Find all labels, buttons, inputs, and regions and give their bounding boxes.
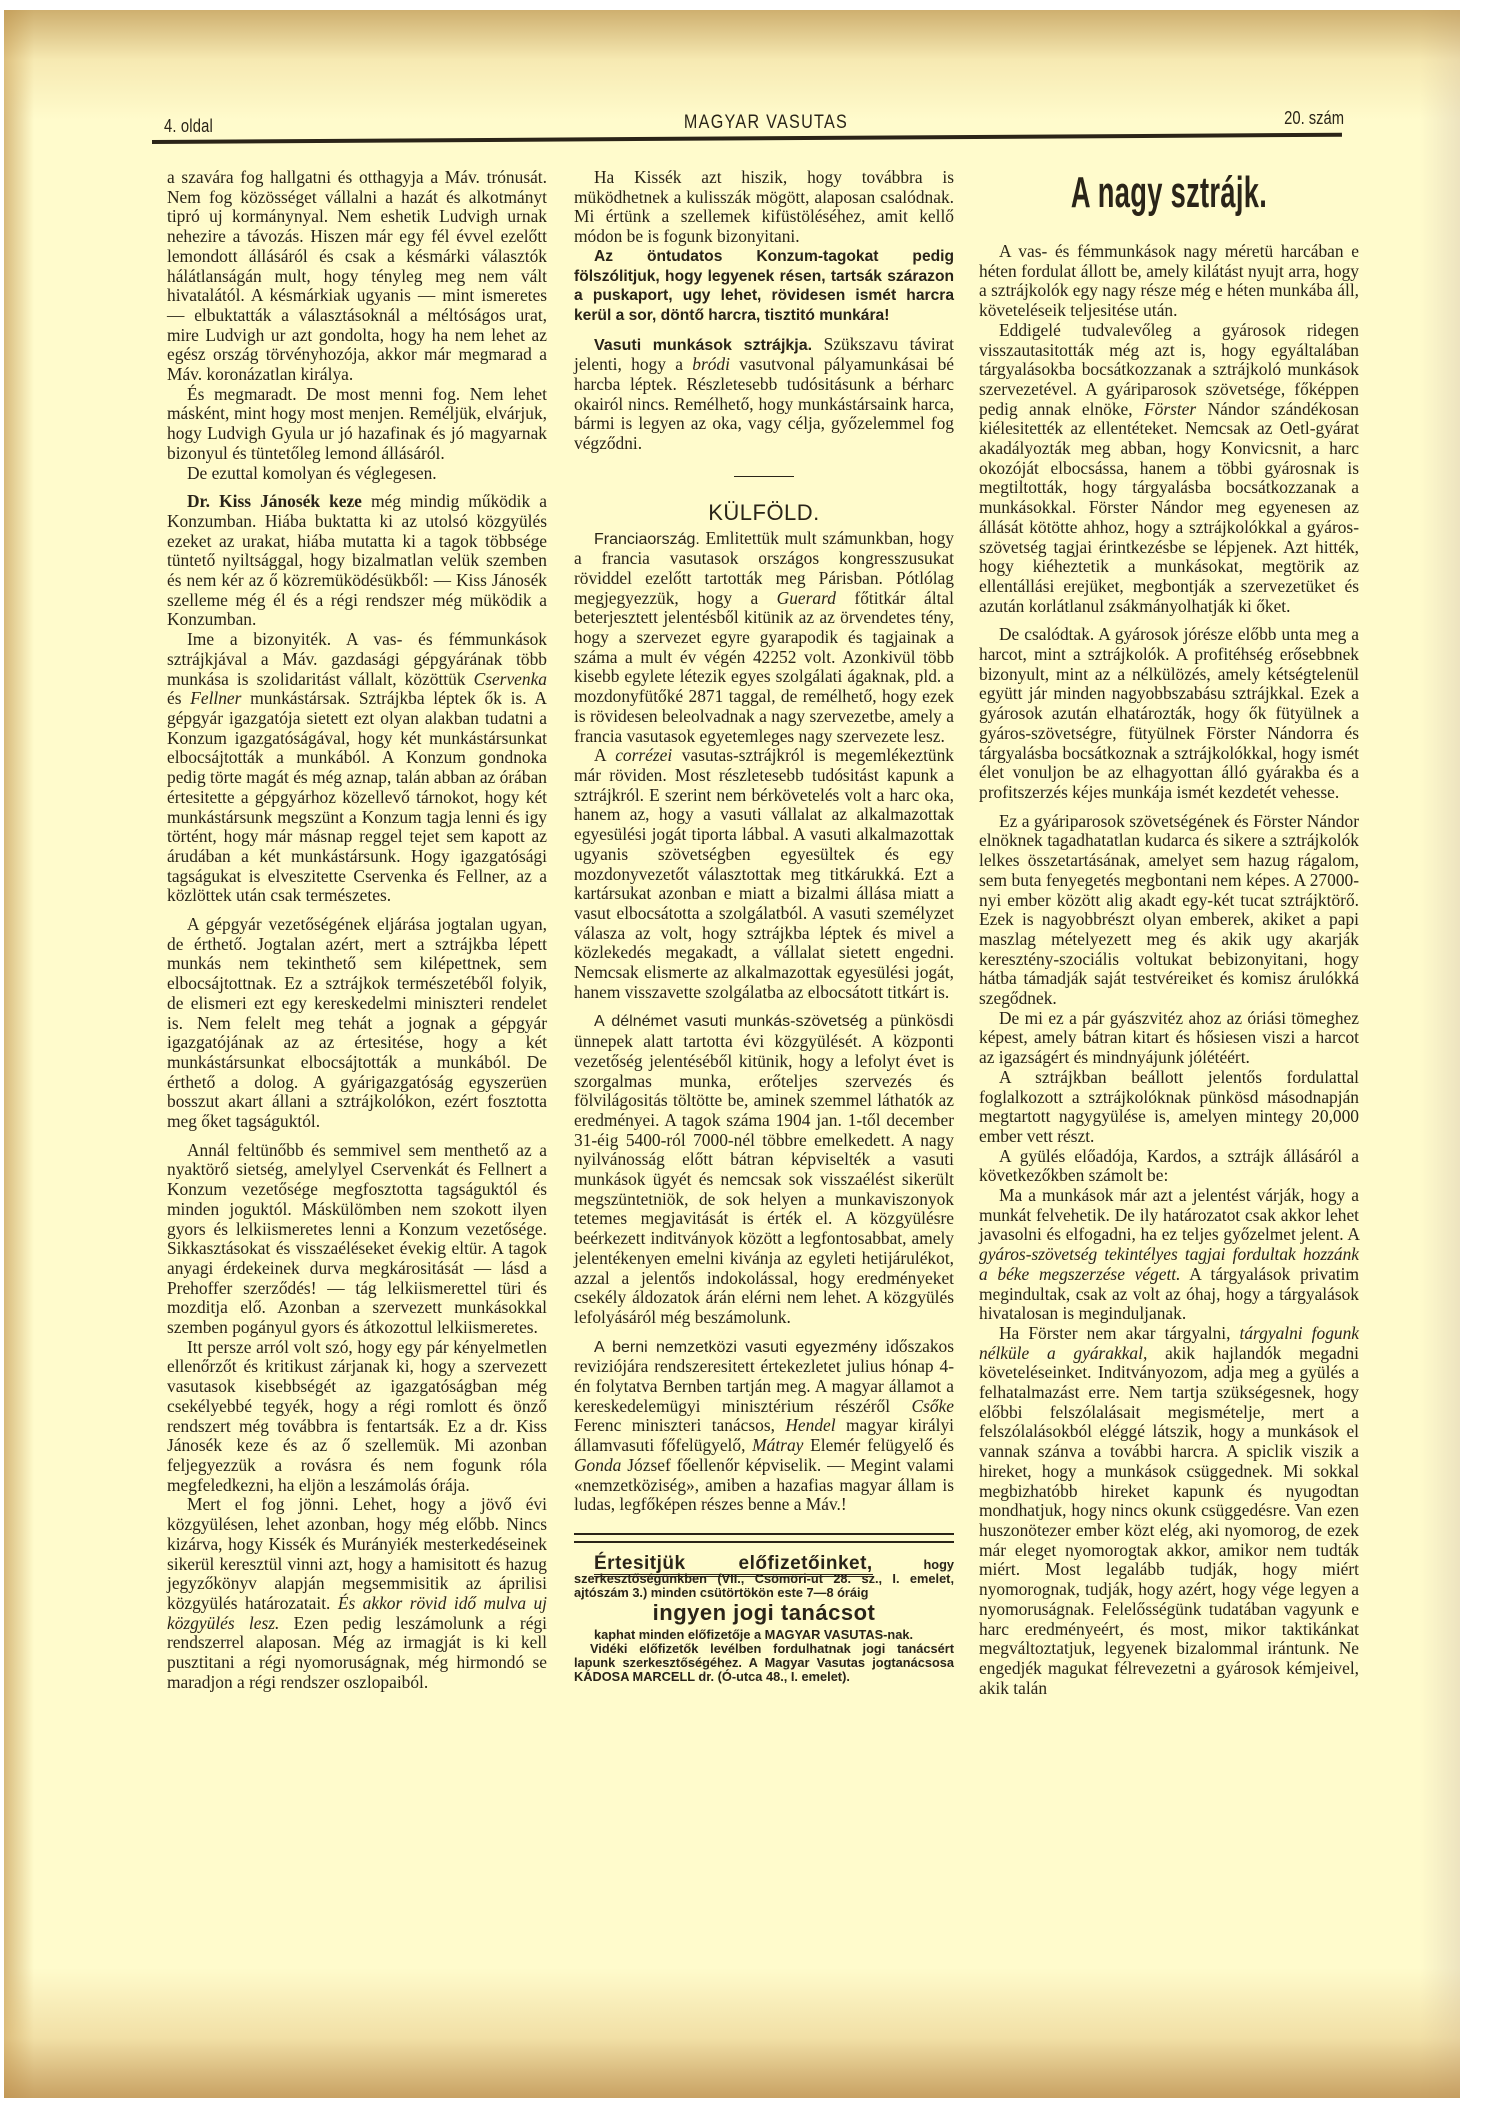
paragraph: Ma a munkások már azt a jelentést várják… <box>979 1186 1359 1324</box>
column-2: Ha Kissék azt hiszik, hogy továbbra is m… <box>574 168 954 1684</box>
paragraph: A gépgyár vezetőségének eljárása jogtala… <box>167 915 547 1132</box>
paragraph: De mi ez a pár gyászvitéz ahoz az óriási… <box>979 1009 1359 1068</box>
headline-big-strike: A nagy sztrájk. <box>1051 168 1287 218</box>
paragraph: A sztrájkban beállott jelentős fordulatt… <box>979 1068 1359 1147</box>
article-south-german: A délnémet vasuti munkás-szövetség a pün… <box>574 1011 954 1327</box>
article-lead: Vasuti munkások sztrájkja. <box>594 337 812 354</box>
paragraph: A gyülés előadója, Kardos, a sztrájk áll… <box>979 1147 1359 1186</box>
section-heading-kulfold: KÜLFÖLD. <box>574 503 954 523</box>
paragraph: De csalódtak. A gyárosok jórésze előbb u… <box>979 625 1359 802</box>
notice-text: Vidéki előfizetők levélben fordulhatnak … <box>574 1642 954 1684</box>
article-bern: A berni nemzetközi vasuti egyezmény idős… <box>574 1337 954 1515</box>
column-1: a szavára fog hallgatni és otthagyja a M… <box>167 168 547 1692</box>
article-france: Franciaország. Emlitettük mult számunkba… <box>574 529 954 747</box>
paragraph: A vas- és fémmunkások nagy méretü harcáb… <box>979 242 1359 321</box>
paragraph: Ha Förster nem akar tárgyalni, tárgyalni… <box>979 1324 1359 1698</box>
article-lead: Dr. Kiss Jánosék keze <box>187 491 362 511</box>
newspaper-page: 4. oldal MAGYAR VASUTAS 20. szám a szavá… <box>4 10 1460 2098</box>
issue-number: 20. szám <box>1284 108 1344 129</box>
paragraph: Itt persze arról volt szó, hogy egy pár … <box>167 1338 547 1496</box>
page-number: 4. oldal <box>164 116 213 137</box>
legal-advice-notice: Értesitjük előfizetőinket, hogy szerkesz… <box>574 1557 954 1684</box>
paragraph: Eddigelé tudvalevőleg a gyárosok ridegen… <box>979 321 1359 617</box>
call-to-action: Az öntudatos Konzum-tagokat pedig fölszó… <box>574 247 954 326</box>
paragraph: Ez a gyáriparosok szövetségének és Först… <box>979 812 1359 1009</box>
paragraph: Ime a bizonyiték. A vas- és fémmunkások … <box>167 630 547 906</box>
notice-text: kaphat minden előfizetője a MAGYAR VASUT… <box>574 1628 954 1642</box>
section-divider <box>734 476 794 477</box>
paragraph: a szavára fog hallgatni és otthagyja a M… <box>167 168 547 385</box>
paragraph: A corrézei vasutas-sztrájkról is megemlé… <box>574 746 954 1002</box>
notice-heading: ingyen jogi tanácsot <box>574 1606 954 1620</box>
article-lead: Franciaország. <box>594 531 700 548</box>
article-lead: A délnémet vasuti munkás-szövetség <box>594 1013 868 1030</box>
article-strike: Vasuti munkások sztrájkja. Szükszavu táv… <box>574 335 954 454</box>
person-name: Cservenka <box>474 669 547 689</box>
column-3: A nagy sztrájk. A vas- és fémmunkások na… <box>979 168 1359 1698</box>
paragraph: Annál feltünőbb és semmivel sem menthető… <box>167 1141 547 1338</box>
paragraph: Ha Kissék azt hiszik, hogy továbbra is m… <box>574 168 954 247</box>
paragraph: De ezuttal komolyan és véglegesen. <box>167 464 547 484</box>
person-name: Fellner <box>190 688 241 708</box>
article-konzum: Dr. Kiss Jánosék keze még mindig működik… <box>167 492 547 630</box>
paragraph: Mert el fog jönni. Lehet, hogy a jövő év… <box>167 1495 547 1692</box>
paragraph: És megmaradt. De most menni fog. Nem leh… <box>167 385 547 464</box>
article-lead: A berni nemzetközi vasuti egyezmény <box>594 1339 877 1356</box>
publication-title: MAGYAR VASUTAS <box>639 112 894 134</box>
notice-divider <box>574 1533 954 1543</box>
